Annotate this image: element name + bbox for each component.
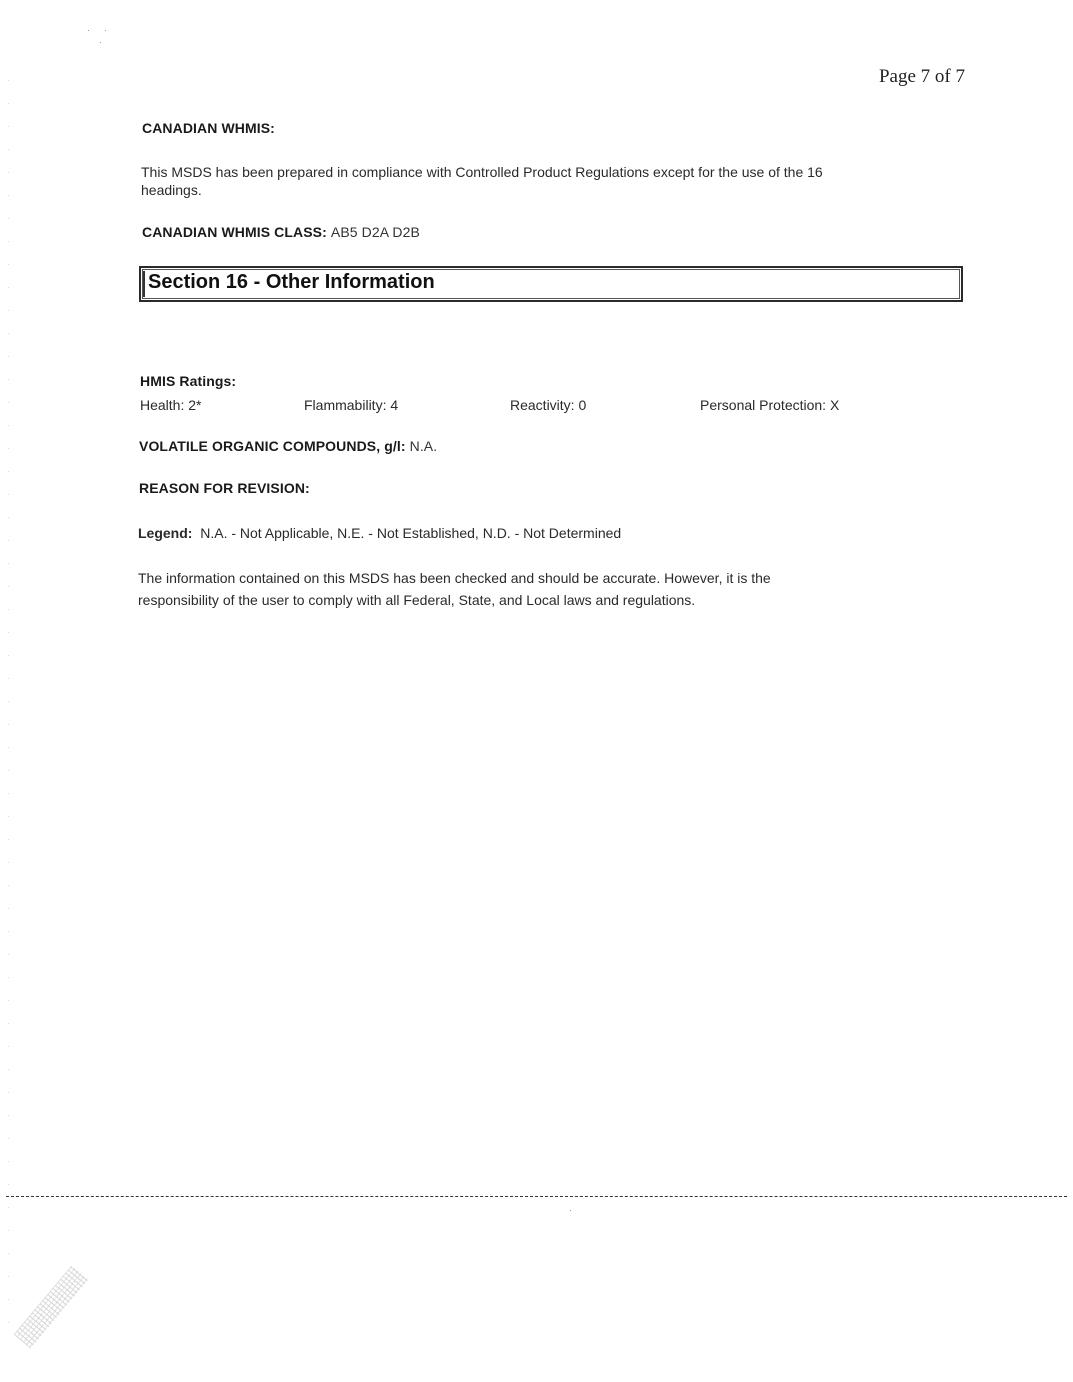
hmis-rating-reactivity: Reactivity: 0: [510, 396, 586, 414]
legend-label: Legend:: [138, 525, 192, 541]
whmis-class-label: CANADIAN WHMIS CLASS:: [142, 224, 327, 240]
voc-value: N.A.: [410, 438, 438, 454]
hmis-flammability-value: 4: [390, 397, 398, 413]
section-title: Section 16 - Other Information: [148, 271, 435, 294]
whmis-class: CANADIAN WHMIS CLASS: AB5 D2A D2B: [142, 224, 420, 240]
hmis-reactivity-value: 0: [578, 397, 586, 413]
scan-stamp-mark: [14, 1265, 89, 1348]
scan-speck: [100, 42, 101, 43]
hmis-rating-flammability: Flammability: 4: [304, 396, 398, 414]
hmis-reactivity-label: Reactivity:: [510, 397, 575, 413]
voc: VOLATILE ORGANIC COMPOUNDS, g/l: N.A.: [139, 438, 437, 454]
canadian-whmis-heading: CANADIAN WHMIS:: [142, 120, 275, 136]
disclaimer: The information contained on this MSDS h…: [138, 567, 771, 611]
whmis-class-value: AB5 D2A D2B: [331, 224, 420, 240]
hmis-protection-label: Personal Protection:: [700, 397, 826, 413]
disclaimer-line1: The information contained on this MSDS h…: [138, 567, 771, 589]
hmis-heading: HMIS Ratings:: [140, 373, 236, 389]
section-16-header: Section 16 - Other Information: [139, 266, 963, 302]
scan-edge-marks: [8, 80, 9, 1330]
footer-divider: [6, 1196, 1067, 1197]
page-indicator: Page 7 of 7: [879, 66, 965, 88]
whmis-statement-line2: headings.: [141, 181, 823, 199]
section-header-bar: [143, 271, 145, 297]
whmis-statement: This MSDS has been prepared in complianc…: [141, 163, 823, 199]
disclaimer-line2: responsibility of the user to comply wit…: [138, 589, 771, 611]
hmis-flammability-label: Flammability:: [304, 397, 386, 413]
legend-text: N.A. - Not Applicable, N.E. - Not Establ…: [200, 525, 621, 541]
legend: Legend: N.A. - Not Applicable, N.E. - No…: [138, 524, 621, 542]
whmis-statement-line1: This MSDS has been prepared in complianc…: [141, 163, 823, 181]
hmis-rating-personal-protection: Personal Protection: X: [700, 396, 839, 414]
hmis-health-label: Health:: [140, 397, 184, 413]
scan-speck: [88, 30, 89, 31]
voc-label: VOLATILE ORGANIC COMPOUNDS, g/l:: [139, 438, 406, 454]
revision-heading: REASON FOR REVISION:: [139, 480, 310, 496]
scan-speck: [105, 30, 106, 31]
hmis-rating-health: Health: 2*: [140, 396, 201, 414]
hmis-protection-value: X: [830, 397, 839, 413]
hmis-health-value: 2*: [188, 397, 201, 413]
scan-speck: [570, 1210, 571, 1211]
